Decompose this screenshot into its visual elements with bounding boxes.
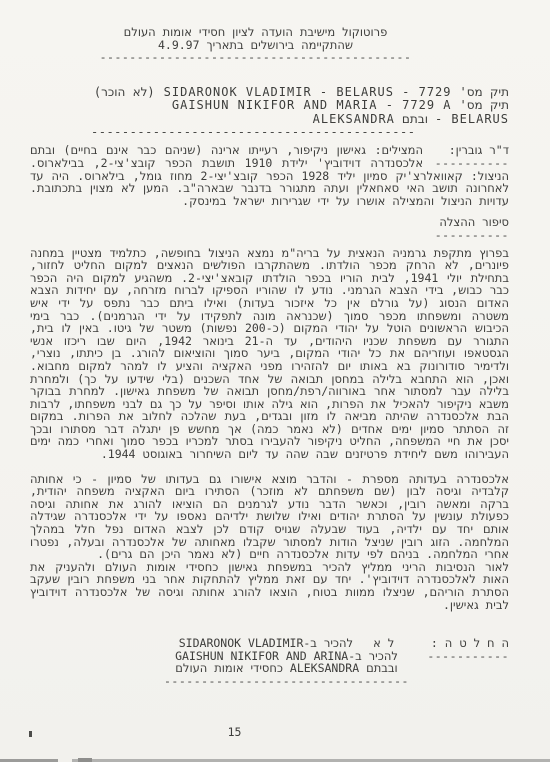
speaker-name: ד"ר גוברין: [429,144,509,157]
page-number: 15 [0,726,474,739]
story-paragraph-1: בפרוץ מתקפת גרמניה הנאצית על בריה"מ נמצא… [30,247,509,461]
story-heading: סיפור ההצלה ---------- [30,216,509,241]
case-3-hebrew: ובתם [402,113,428,126]
case-2-name: GAISHUN NIKIFOR AND MARIA - 7729 A [172,99,452,112]
decision-line-3: ובבתם ALEKSANDRA כחסידי אומות העולם [148,662,425,675]
protocol-header: פרוטוקול מישיבת הועדה לציון חסידי אומות … [16,26,495,64]
protocol-title-line2: שהתקיימה בירושלים בתאריך 4.9.97 [16,39,495,52]
story-paragraph-2: אלכסנדרה בעדותה מספרת - והדבר מוצא אישור… [30,473,509,561]
decision-divider: --------------------------------- [148,675,425,688]
decision-block: ה ח ל ט ה : ----------- ל אלהכיר ב-SIDAR… [30,637,509,687]
header-divider: ----------------------------------------… [16,51,495,64]
scan-speck [29,731,32,737]
story-heading-text: סיפור ההצלה [30,216,509,229]
decision-label-underline: ----------- [425,650,509,663]
story-heading-underline: ---------- [30,229,509,242]
case-line-1: (לא הוכר) SIDARONOK VLADIMIR - BELARUS -… [30,86,509,99]
case-3-name: ALEKSANDRA [313,113,395,126]
case-1-name: SIDARONOK VLADIMIR - BELARUS - 7729 [164,86,452,99]
case-1-label: תיק מס' [460,86,509,99]
decision-label: ה ח ל ט ה : ----------- [425,637,509,687]
case-3-country: - BELARUS [435,113,509,126]
speaker-underline: ---------- [429,157,509,170]
decision-line-1: ל אלהכיר ב-SIDARONOK VLADIMIR [148,637,425,650]
document-content: פרוטוקול מישיבת הועדה לציון חסידי אומות … [0,0,550,738]
case-file-block: (לא הוכר) SIDARONOK VLADIMIR - BELARUS -… [30,86,509,140]
case-line-3: ALEKSANDRA ובתם - BELARUS [143,113,509,126]
decision-label-text: ה ח ל ט ה : [425,637,509,650]
speaker-section: ד"ר גוברין: ---------- המצילים: גאישון נ… [30,144,509,207]
case-divider: ----------------------------------------… [91,126,509,139]
scan-bottom-edge-dark [78,758,92,762]
scanned-document-page: פרוטוקול מישיבת הועדה לציון חסידי אומות … [0,0,550,762]
story-paragraph-3: לאור הנסיבות הריני ממליץ להכיר במשפחת גא… [30,561,509,611]
case-1-note: (לא הוכר) [94,86,155,99]
case-line-2: GAISHUN NIKIFOR AND MARIA - 7729 A תיק מ… [91,99,509,112]
decision-lines: ל אלהכיר ב-SIDARONOK VLADIMIR להכיר ב-GA… [30,637,425,687]
speaker-label: ד"ר גוברין: ---------- [429,144,509,169]
case-2-label: תיק מס' [460,99,509,112]
protocol-title-line1: פרוטוקול מישיבת הועדה לציון חסידי אומות … [16,26,495,39]
